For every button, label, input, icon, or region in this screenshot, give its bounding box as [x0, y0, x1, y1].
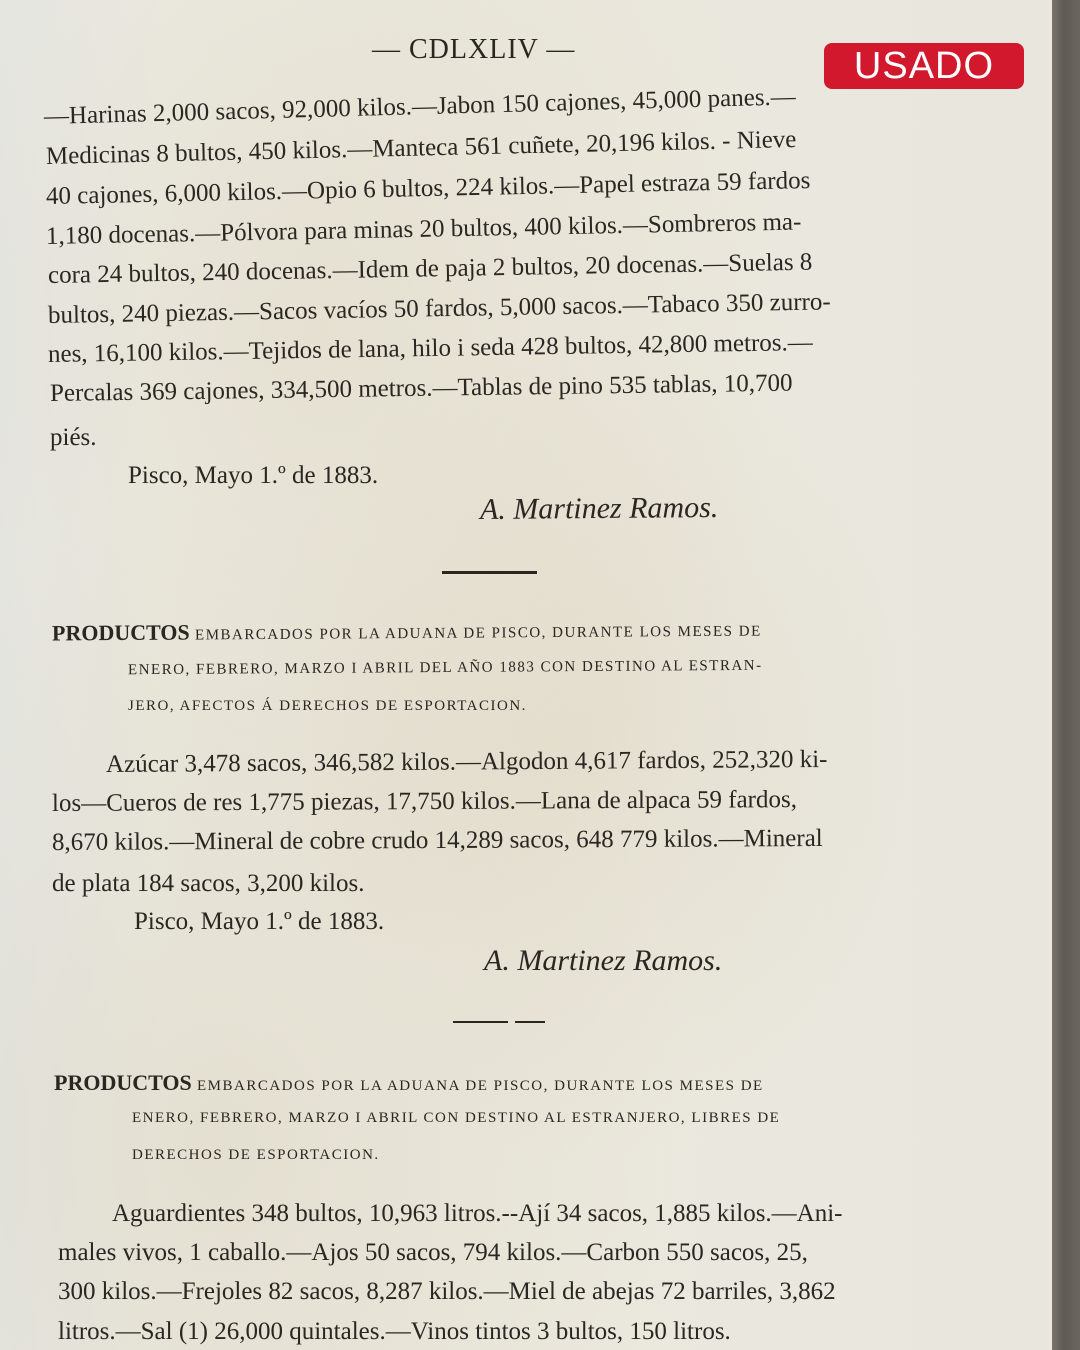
body-line: 300 kilos.—Frejoles 82 sacos, 8,287 kilo…	[58, 1278, 836, 1306]
book-spine-edge	[1052, 0, 1080, 1350]
section-divider	[453, 1021, 508, 1023]
body-line: litros.—Sal (1) 26,000 quintales.—Vinos …	[58, 1318, 731, 1346]
dateline: Pisco, Mayo 1.º de 1883.	[134, 908, 384, 936]
section-divider	[515, 1021, 545, 1023]
signature: A. Martinez Ramos.	[484, 944, 722, 978]
heading-line: derechos de esportacion.	[132, 1147, 380, 1164]
heading-lead: PRODUCTOS	[52, 620, 190, 646]
body-line: 8,670 kilos.—Mineral de cobre crudo 14,2…	[52, 825, 823, 857]
section-divider	[442, 571, 537, 574]
body-line: males vivos, 1 caballo.—Ajos 50 sacos, 7…	[58, 1239, 808, 1267]
section-heading: PRODUCTOS embarcados por la aduana de pi…	[54, 1070, 764, 1096]
body-line: Aguardientes 348 bultos, 10,963 litros.-…	[112, 1200, 843, 1228]
body-line: de plata 184 sacos, 3,200 kilos.	[52, 870, 364, 898]
heading-line: enero, febrero, marzo i abril con destin…	[132, 1110, 780, 1127]
used-condition-badge: USADO	[824, 43, 1024, 89]
heading-line: embarcados por la aduana de pisco, duran…	[197, 1078, 764, 1094]
heading-lead: PRODUCTOS	[54, 1070, 192, 1095]
signature: A. Martinez Ramos.	[480, 491, 719, 527]
heading-line: jero, afectos á derechos de esportacion.	[128, 698, 527, 715]
body-line: los—Cueros de res 1,775 piezas, 17,750 k…	[52, 786, 797, 818]
heading-line: embarcados por la aduana de pisco, duran…	[195, 624, 762, 644]
dateline: Pisco, Mayo 1.º de 1883.	[128, 462, 378, 490]
body-line: Azúcar 3,478 sacos, 346,582 kilos.—Algod…	[106, 746, 828, 779]
body-line: piés.	[50, 424, 97, 452]
page-folio-number: — CDLXLIV —	[372, 34, 575, 66]
section-heading: PRODUCTOS embarcados por la aduana de pi…	[52, 616, 762, 647]
